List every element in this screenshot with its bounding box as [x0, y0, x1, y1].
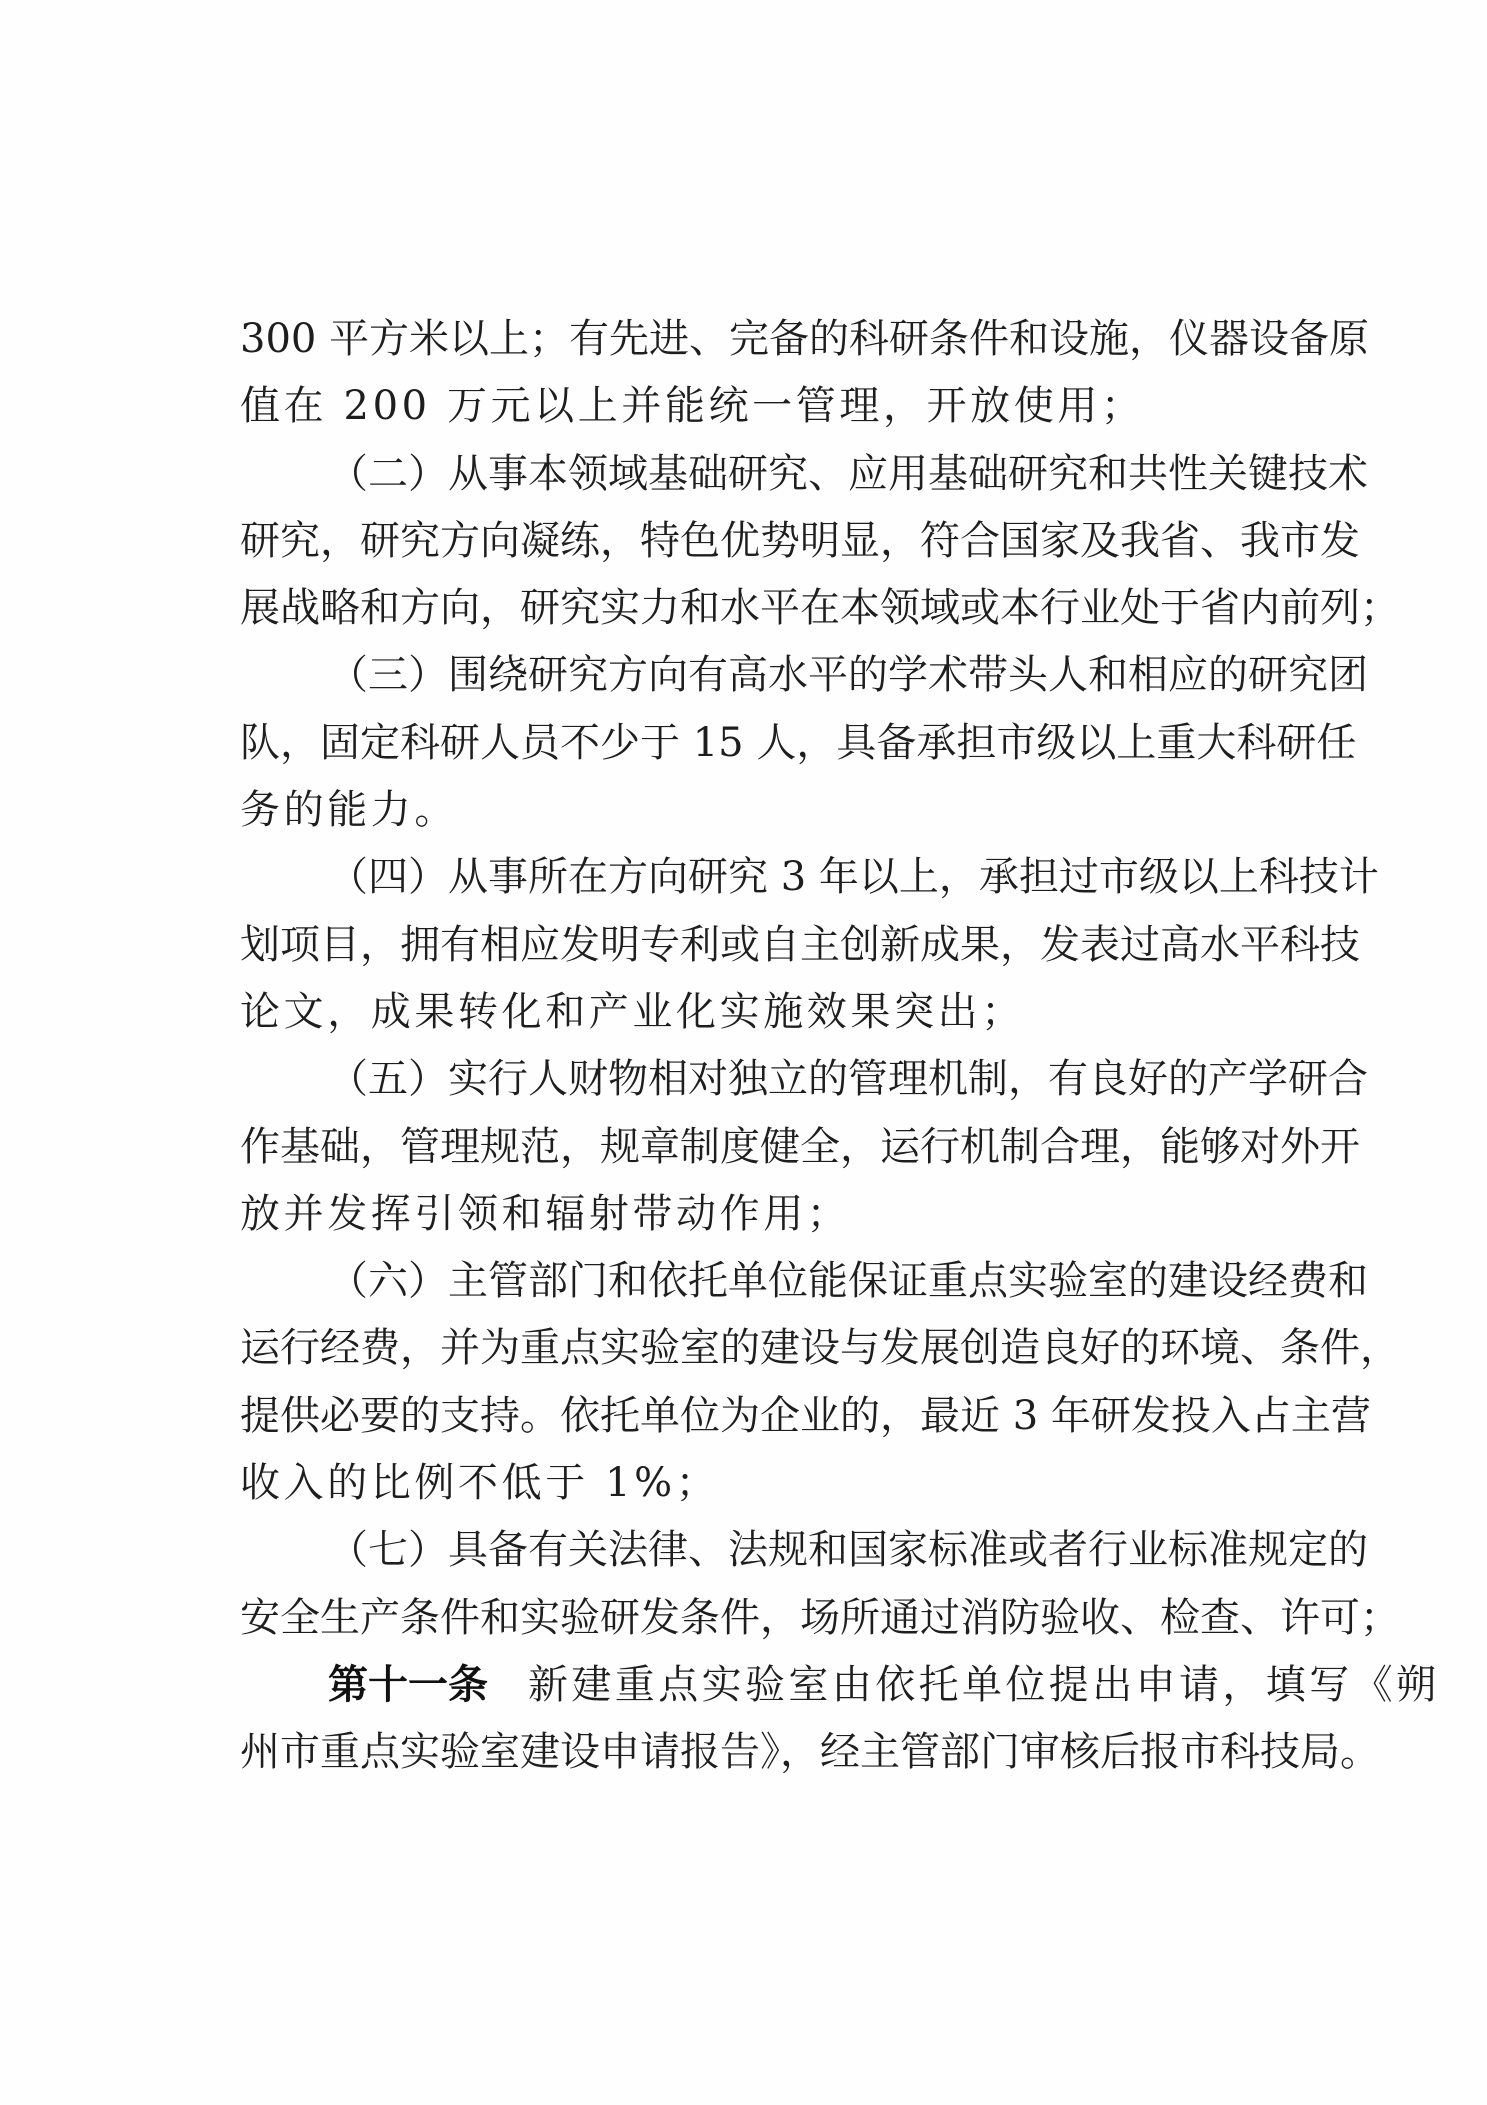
- document-body: 300 平方米以上；有先进、完备的科研条件和设施，仪器设备原 值在 200 万元…: [240, 306, 1252, 1787]
- text-line: 作基础，管理规范，规章制度健全，运行机制合理，能够对外开: [240, 1114, 1252, 1181]
- paragraph-continuation: 300 平方米以上；有先进、完备的科研条件和设施，仪器设备原 值在 200 万元…: [240, 306, 1252, 441]
- document-page: 300 平方米以上；有先进、完备的科研条件和设施，仪器设备原 值在 200 万元…: [0, 0, 1487, 2105]
- text-line: 300 平方米以上；有先进、完备的科研条件和设施，仪器设备原: [240, 306, 1252, 373]
- text-line: （六）主管部门和依托单位能保证重点实验室的建设经费和: [240, 1248, 1252, 1315]
- text-line: （四）从事所在方向研究 3 年以上，承担过市级以上科技计: [240, 844, 1252, 911]
- text-line: 划项目，拥有相应发明专利或自主创新成果，发表过高水平科技: [240, 912, 1252, 979]
- article-label: 第十一条: [328, 1662, 488, 1708]
- text-line: （七）具备有关法律、法规和国家标准或者行业标准规定的: [240, 1517, 1252, 1584]
- paragraph-item-4: （四）从事所在方向研究 3 年以上，承担过市级以上科技计 划项目，拥有相应发明专…: [240, 844, 1252, 1046]
- text-line: （五）实行人财物相对独立的管理机制，有良好的产学研合: [240, 1046, 1252, 1113]
- text-line: 提供必要的支持。依托单位为企业的，最近 3 年研发投入占主营: [240, 1383, 1252, 1450]
- text-line: 队，固定科研人员不少于 15 人，具备承担市级以上重大科研任: [240, 710, 1252, 777]
- paragraph-item-7: （七）具备有关法律、法规和国家标准或者行业标准规定的 安全生产条件和实验研发条件…: [240, 1517, 1252, 1652]
- text-line: 安全生产条件和实验研发条件，场所通过消防验收、检查、许可；: [240, 1585, 1252, 1652]
- text-line: 务的能力。: [240, 777, 1252, 844]
- paragraph-article-11: 第十一条新建重点实验室由依托单位提出申请，填写《朔 州市重点实验室建设申请报告》…: [240, 1652, 1252, 1787]
- text-line: 值在 200 万元以上并能统一管理，开放使用；: [240, 373, 1252, 440]
- text-line: 收入的比例不低于 1%；: [240, 1450, 1252, 1517]
- text-line: 放并发挥引领和辐射带动作用；: [240, 1181, 1252, 1248]
- text-line: （二）从事本领域基础研究、应用基础研究和共性关键技术: [240, 441, 1252, 508]
- article-text: 新建重点实验室由依托单位提出申请，填写《朔: [528, 1662, 1439, 1708]
- text-line: 第十一条新建重点实验室由依托单位提出申请，填写《朔: [240, 1652, 1252, 1719]
- text-line: 运行经费，并为重点实验室的建设与发展创造良好的环境、条件，: [240, 1315, 1252, 1382]
- paragraph-item-6: （六）主管部门和依托单位能保证重点实验室的建设经费和 运行经费，并为重点实验室的…: [240, 1248, 1252, 1517]
- paragraph-item-5: （五）实行人财物相对独立的管理机制，有良好的产学研合 作基础，管理规范，规章制度…: [240, 1046, 1252, 1248]
- paragraph-item-3: （三）围绕研究方向有高水平的学术带头人和相应的研究团 队，固定科研人员不少于 1…: [240, 642, 1252, 844]
- text-line: 展战略和方向，研究实力和水平在本领域或本行业处于省内前列；: [240, 575, 1252, 642]
- paragraph-item-2: （二）从事本领域基础研究、应用基础研究和共性关键技术 研究，研究方向凝练，特色优…: [240, 441, 1252, 643]
- text-line: 研究，研究方向凝练，特色优势明显，符合国家及我省、我市发: [240, 508, 1252, 575]
- text-line: 州市重点实验室建设申请报告》，经主管部门审核后报市科技局。: [240, 1719, 1252, 1786]
- text-line: 论文，成果转化和产业化实施效果突出；: [240, 979, 1252, 1046]
- text-line: （三）围绕研究方向有高水平的学术带头人和相应的研究团: [240, 642, 1252, 709]
